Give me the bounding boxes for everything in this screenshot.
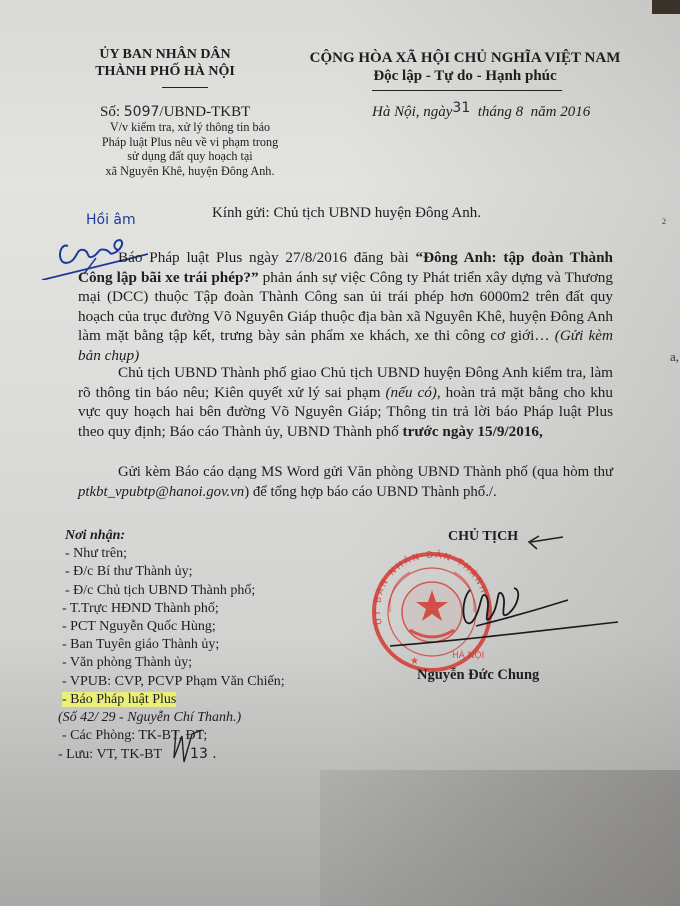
issue-date: Hà Nội, ngày31 tháng 8 năm 2016: [372, 104, 632, 121]
recipient-item: - Ban Tuyên giáo Thành ủy;: [62, 636, 285, 654]
recipients-heading: Nơi nhận:: [65, 527, 285, 545]
subject-summary: V/v kiểm tra, xử lý thông tin báo Pháp l…: [90, 120, 290, 178]
recipient-item: - T.Trực HĐND Thành phố;: [62, 600, 285, 618]
national-title: CỘNG HÒA XÃ HỘI CHỦ NGHĨA VIỆT NAM: [305, 49, 625, 67]
body-paragraph-1: Báo Pháp luật Plus ngày 27/8/2016 đăng b…: [78, 248, 613, 365]
chairman-signature-icon: [390, 570, 620, 650]
recipient-item: - VPUB: CVP, PCVP Phạm Văn Chiến;: [62, 673, 285, 691]
date-month: 8: [516, 104, 524, 120]
number-handwritten: 5097: [124, 104, 160, 120]
highlighted-recipient: - Báo Pháp luật Plus: [62, 692, 176, 707]
number-prefix: Số:: [100, 104, 120, 120]
p2-italic: (nếu có): [386, 384, 437, 401]
deadline: trước ngày 15/9/2016,: [403, 423, 543, 440]
recipient-item: - Đ/c Bí thư Thành ủy;: [65, 563, 285, 581]
p3-text: Gửi kèm Báo cáo dạng MS Word gửi Văn phò…: [118, 464, 613, 480]
subject-line: Pháp luật Plus nêu về vi phạm trong: [90, 135, 290, 150]
email-address[interactable]: ptkbt_vpubtp@hanoi.gov.vn: [78, 484, 244, 500]
recipient-item: - Văn phòng Thành ủy;: [62, 654, 285, 672]
svg-text:★: ★: [410, 656, 419, 667]
addressee: Kính gửi: Chủ tịch UBND huyện Đông Anh.: [212, 205, 481, 222]
p1-text: Báo Pháp luật Plus ngày 27/8/2016 đăng b…: [118, 249, 416, 266]
date-day: 31: [452, 100, 470, 116]
national-header: CỘNG HÒA XÃ HỘI CHỦ NGHĨA VIỆT NAM Độc l…: [305, 49, 625, 85]
initials-mark-icon: [170, 728, 206, 768]
issuer-line1: ỦY BAN NHÂN DÂN: [70, 46, 260, 63]
number-suffix: /UBND-TKBT: [159, 104, 250, 120]
national-motto: Độc lập - Tự do - Hạnh phúc: [305, 67, 625, 85]
issuer-line2: THÀNH PHỐ HÀ NỘI: [70, 63, 260, 80]
document-photo: ỦY BAN NHÂN DÂN THÀNH PHỐ HÀ NỘI Số: 509…: [0, 0, 680, 906]
subject-line: sử dụng đất quy hoạch tại: [90, 149, 290, 164]
subject-line: xã Nguyên Khê, huyện Đông Anh.: [90, 164, 290, 179]
body-paragraph-2: Chủ tịch UBND Thành phố giao Chủ tịch UB…: [78, 363, 613, 441]
issuer-divider: [162, 87, 208, 88]
date-prefix: Hà Nội, ngày: [372, 104, 452, 120]
document-number: Số: 5097/UBND-TKBT: [100, 104, 300, 121]
archive-text: - Lưu: VT, TK-BT: [58, 747, 162, 762]
recipient-item: - Đ/c Chủ tịch UBND Thành phố;: [65, 582, 285, 600]
p3-text: ) để tổng hợp báo cáo UBND Thành phố./.: [244, 484, 496, 500]
national-divider: [372, 90, 562, 91]
handwritten-note: Hồi âm: [86, 212, 136, 228]
date-year: 2016: [560, 104, 590, 120]
recipient-address: (Số 42/ 29 - Nguyễn Chí Thanh.): [58, 709, 285, 727]
stamp-text-bottom: HÀ NỘI: [452, 649, 484, 661]
recipient-item: - PCT Nguyễn Quốc Hùng;: [62, 618, 285, 636]
body-paragraph-3: Gửi kèm Báo cáo dạng MS Word gửi Văn phò…: [78, 463, 613, 502]
date-month-label: tháng: [478, 104, 512, 120]
background-object: [652, 0, 680, 14]
issuer-header: ỦY BAN NHÂN DÂN THÀNH PHỐ HÀ NỘI: [70, 46, 260, 80]
recipient-item-highlighted: - Báo Pháp luật Plus: [62, 691, 285, 709]
recipient-item: - Như trên;: [65, 545, 285, 563]
signer-title: CHỦ TỊCH: [448, 529, 518, 545]
arrow-mark-icon: [525, 533, 565, 551]
margin-mark: a,: [670, 349, 679, 365]
shadow-region: [320, 770, 680, 906]
signer-name: Nguyễn Đức Chung: [417, 667, 539, 684]
margin-mark: 2: [662, 217, 666, 226]
date-year-label: năm: [531, 104, 557, 120]
subject-line: V/v kiểm tra, xử lý thông tin báo: [90, 120, 290, 135]
